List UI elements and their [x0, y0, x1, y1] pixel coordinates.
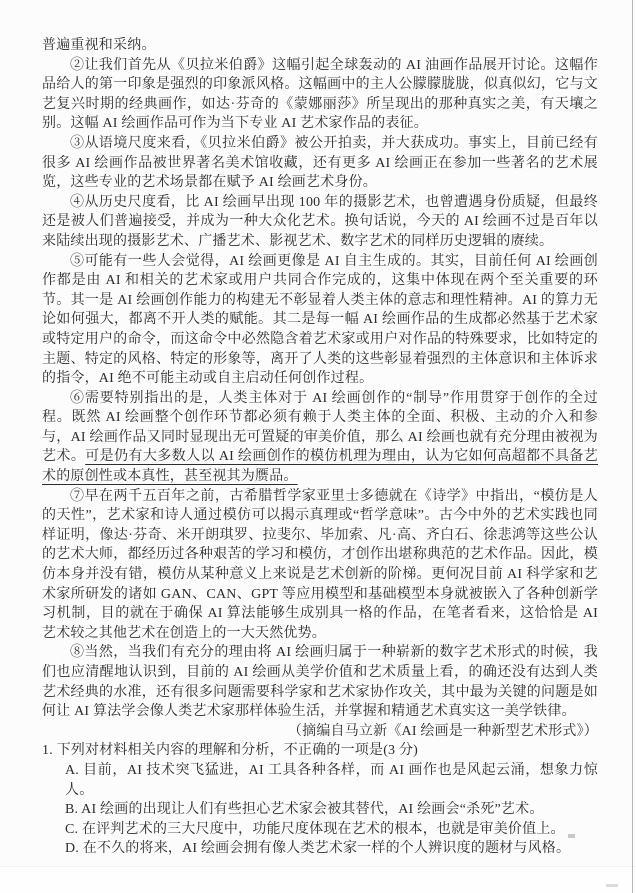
paragraph-6: ⑥需要特别指出的是，人类主体对于 AI 绘画创作的“制导”作用贯穿于创作的全过程…: [42, 389, 598, 487]
page-text-block: 普遍重视和采纳。 ②让我们首先从《贝拉米伯爵》这幅引起全球轰动的 AI 油画作品…: [42, 36, 598, 890]
question-1-options: A. 目前，AI 技术突飞猛进，AI 工具各种各样，而 AI 画作也是风起云涌，…: [42, 761, 598, 859]
scan-bottom-band: [0, 866, 636, 893]
question-1-stem: 1. 下列对材料相关内容的理解和分析，不正确的一项是(3 分): [42, 741, 598, 761]
scan-artifact: [606, 884, 618, 887]
scan-edge-line: [632, 0, 633, 893]
scanned-exam-page: 普遍重视和采纳。 ②让我们首先从《贝拉米伯爵》这幅引起全球轰动的 AI 油画作品…: [0, 0, 636, 893]
scan-artifact: [568, 834, 575, 838]
paragraph-7: ⑦早在两千五百年之前，古希腊哲学家亚里士多德就在《诗学》中指出，“模仿是人的天性…: [42, 487, 598, 644]
option-c: C. 在评判艺术的三大尺度中，功能尺度体现在艺术的根本，也就是审美价值上。: [42, 820, 598, 840]
paragraph-8: ⑧当然，当我们有充分的理由将 AI 绘画归属于一种崭新的数字艺术形式的时候，我们…: [42, 643, 598, 721]
paragraph-4: ④从历史尺度看，比 AI 绘画早出现 100 年的摄影艺术，也曾遭遇身份质疑，但…: [42, 193, 598, 252]
paragraph-6-underlined-text: 可是仍有大多数人以 AI 绘画创作的模仿机理为理由，认为它如何高超都不具备艺术的…: [42, 449, 598, 484]
source-attribution: （摘编自马立新《AI 绘画是一种新型艺术形式》）: [42, 722, 598, 742]
option-b: B. AI 绘画的出现让人们有些担心艺术家会被其替代，AI 绘画会“杀死”艺术。: [42, 800, 598, 820]
paragraph-3: ③从语境尺度来看，《贝拉米伯爵》被公开拍卖，并大获成功。事实上，目前已经有很多 …: [42, 134, 598, 193]
paragraph-continuation: 普遍重视和采纳。: [42, 36, 598, 56]
option-a: A. 目前，AI 技术突飞猛进，AI 工具各种各样，而 AI 画作也是风起云涌，…: [42, 761, 598, 800]
option-d: D. 在不久的将来，AI 绘画会拥有像人类艺术家一样的个人辨识度的题材与风格。: [42, 839, 598, 859]
paragraph-2: ②让我们首先从《贝拉米伯爵》这幅引起全球轰动的 AI 油画作品展开讨论。这幅作品…: [42, 56, 598, 134]
paragraph-5: ⑤可能有一些人会觉得，AI 绘画更像是 AI 自主生成的。其实，目前任何 AI …: [42, 252, 598, 389]
